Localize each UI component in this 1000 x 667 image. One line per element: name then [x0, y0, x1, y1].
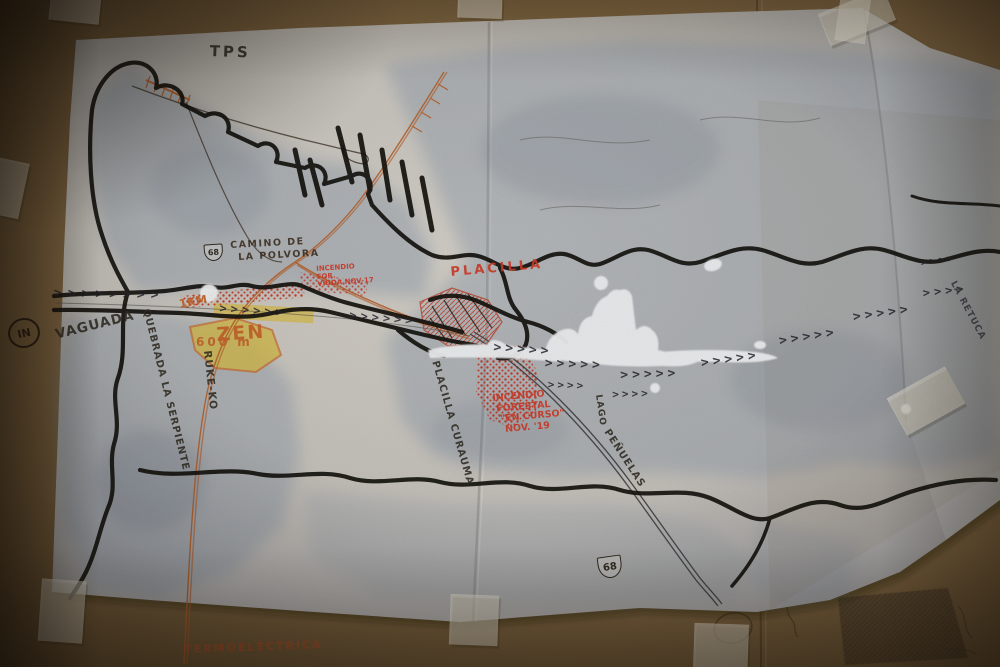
- flow-chevrons: >>>>>: [852, 302, 913, 325]
- label-quebrada-la-serpiente: QUEBRADA LA SERPIENTE: [140, 308, 190, 472]
- label-tps: TPS: [209, 44, 251, 61]
- flow-chevrons: >>>>: [612, 387, 651, 401]
- flow-chevrons: >>>>>>: [219, 301, 287, 320]
- photo-of-hand-drawn-map: >>>>>>>> >>>>>> >>>>>> >>>>> >>>>> >>>>>…: [0, 0, 1000, 667]
- incendio-viuda-line3: VIUDA NOV-17: [317, 277, 374, 289]
- route-68-shield-south: 68: [597, 554, 624, 579]
- flow-chevrons: >>>>>: [620, 366, 680, 383]
- map-labels-layer: >>>>>>>> >>>>>> >>>>>> >>>>> >>>>> >>>>>…: [0, 0, 1000, 667]
- label-incendio-en-curso: INCENDIO FORESTAL "EN CURSO" NOV. '19: [492, 388, 566, 436]
- flow-chevrons: >>>>>>: [349, 308, 417, 328]
- label-la-polvora: LA POLVORA: [238, 249, 320, 263]
- label-penuelas: PEÑUELAS: [601, 428, 646, 490]
- label-ruke-ko: RUKE-KO: [201, 350, 218, 411]
- flow-chevrons: >>>>>>>>: [54, 286, 165, 303]
- label-placilla-curauma: PLACILLA CURAUMA: [429, 360, 475, 487]
- label-placilla: PLACILLA: [450, 258, 544, 280]
- flow-chevrons: >>>>>: [700, 348, 761, 371]
- label-incendio-viuda: INCENDIO FOR. VIUDA NOV-17: [316, 262, 374, 289]
- label-lago: LAGO: [593, 394, 607, 427]
- label-vaguada: VAGUADA: [54, 308, 136, 341]
- in-annotation: IN: [5, 315, 43, 351]
- flow-chevrons: >>>>: [920, 253, 957, 269]
- flow-chevrons: >>>>>: [544, 356, 604, 373]
- route-68-number: 68: [208, 248, 220, 258]
- route-68-shield-camino: 68: [203, 243, 223, 261]
- label-termoelectrica: TERMOELÉCTRICA: [184, 639, 323, 655]
- label-1km: 1KM: [178, 293, 208, 310]
- route-68-number: 68: [602, 561, 617, 574]
- label-600m: 600 m: [196, 336, 253, 349]
- in-annotation-text: IN: [16, 325, 32, 340]
- flow-chevrons: >>>>>: [778, 325, 839, 349]
